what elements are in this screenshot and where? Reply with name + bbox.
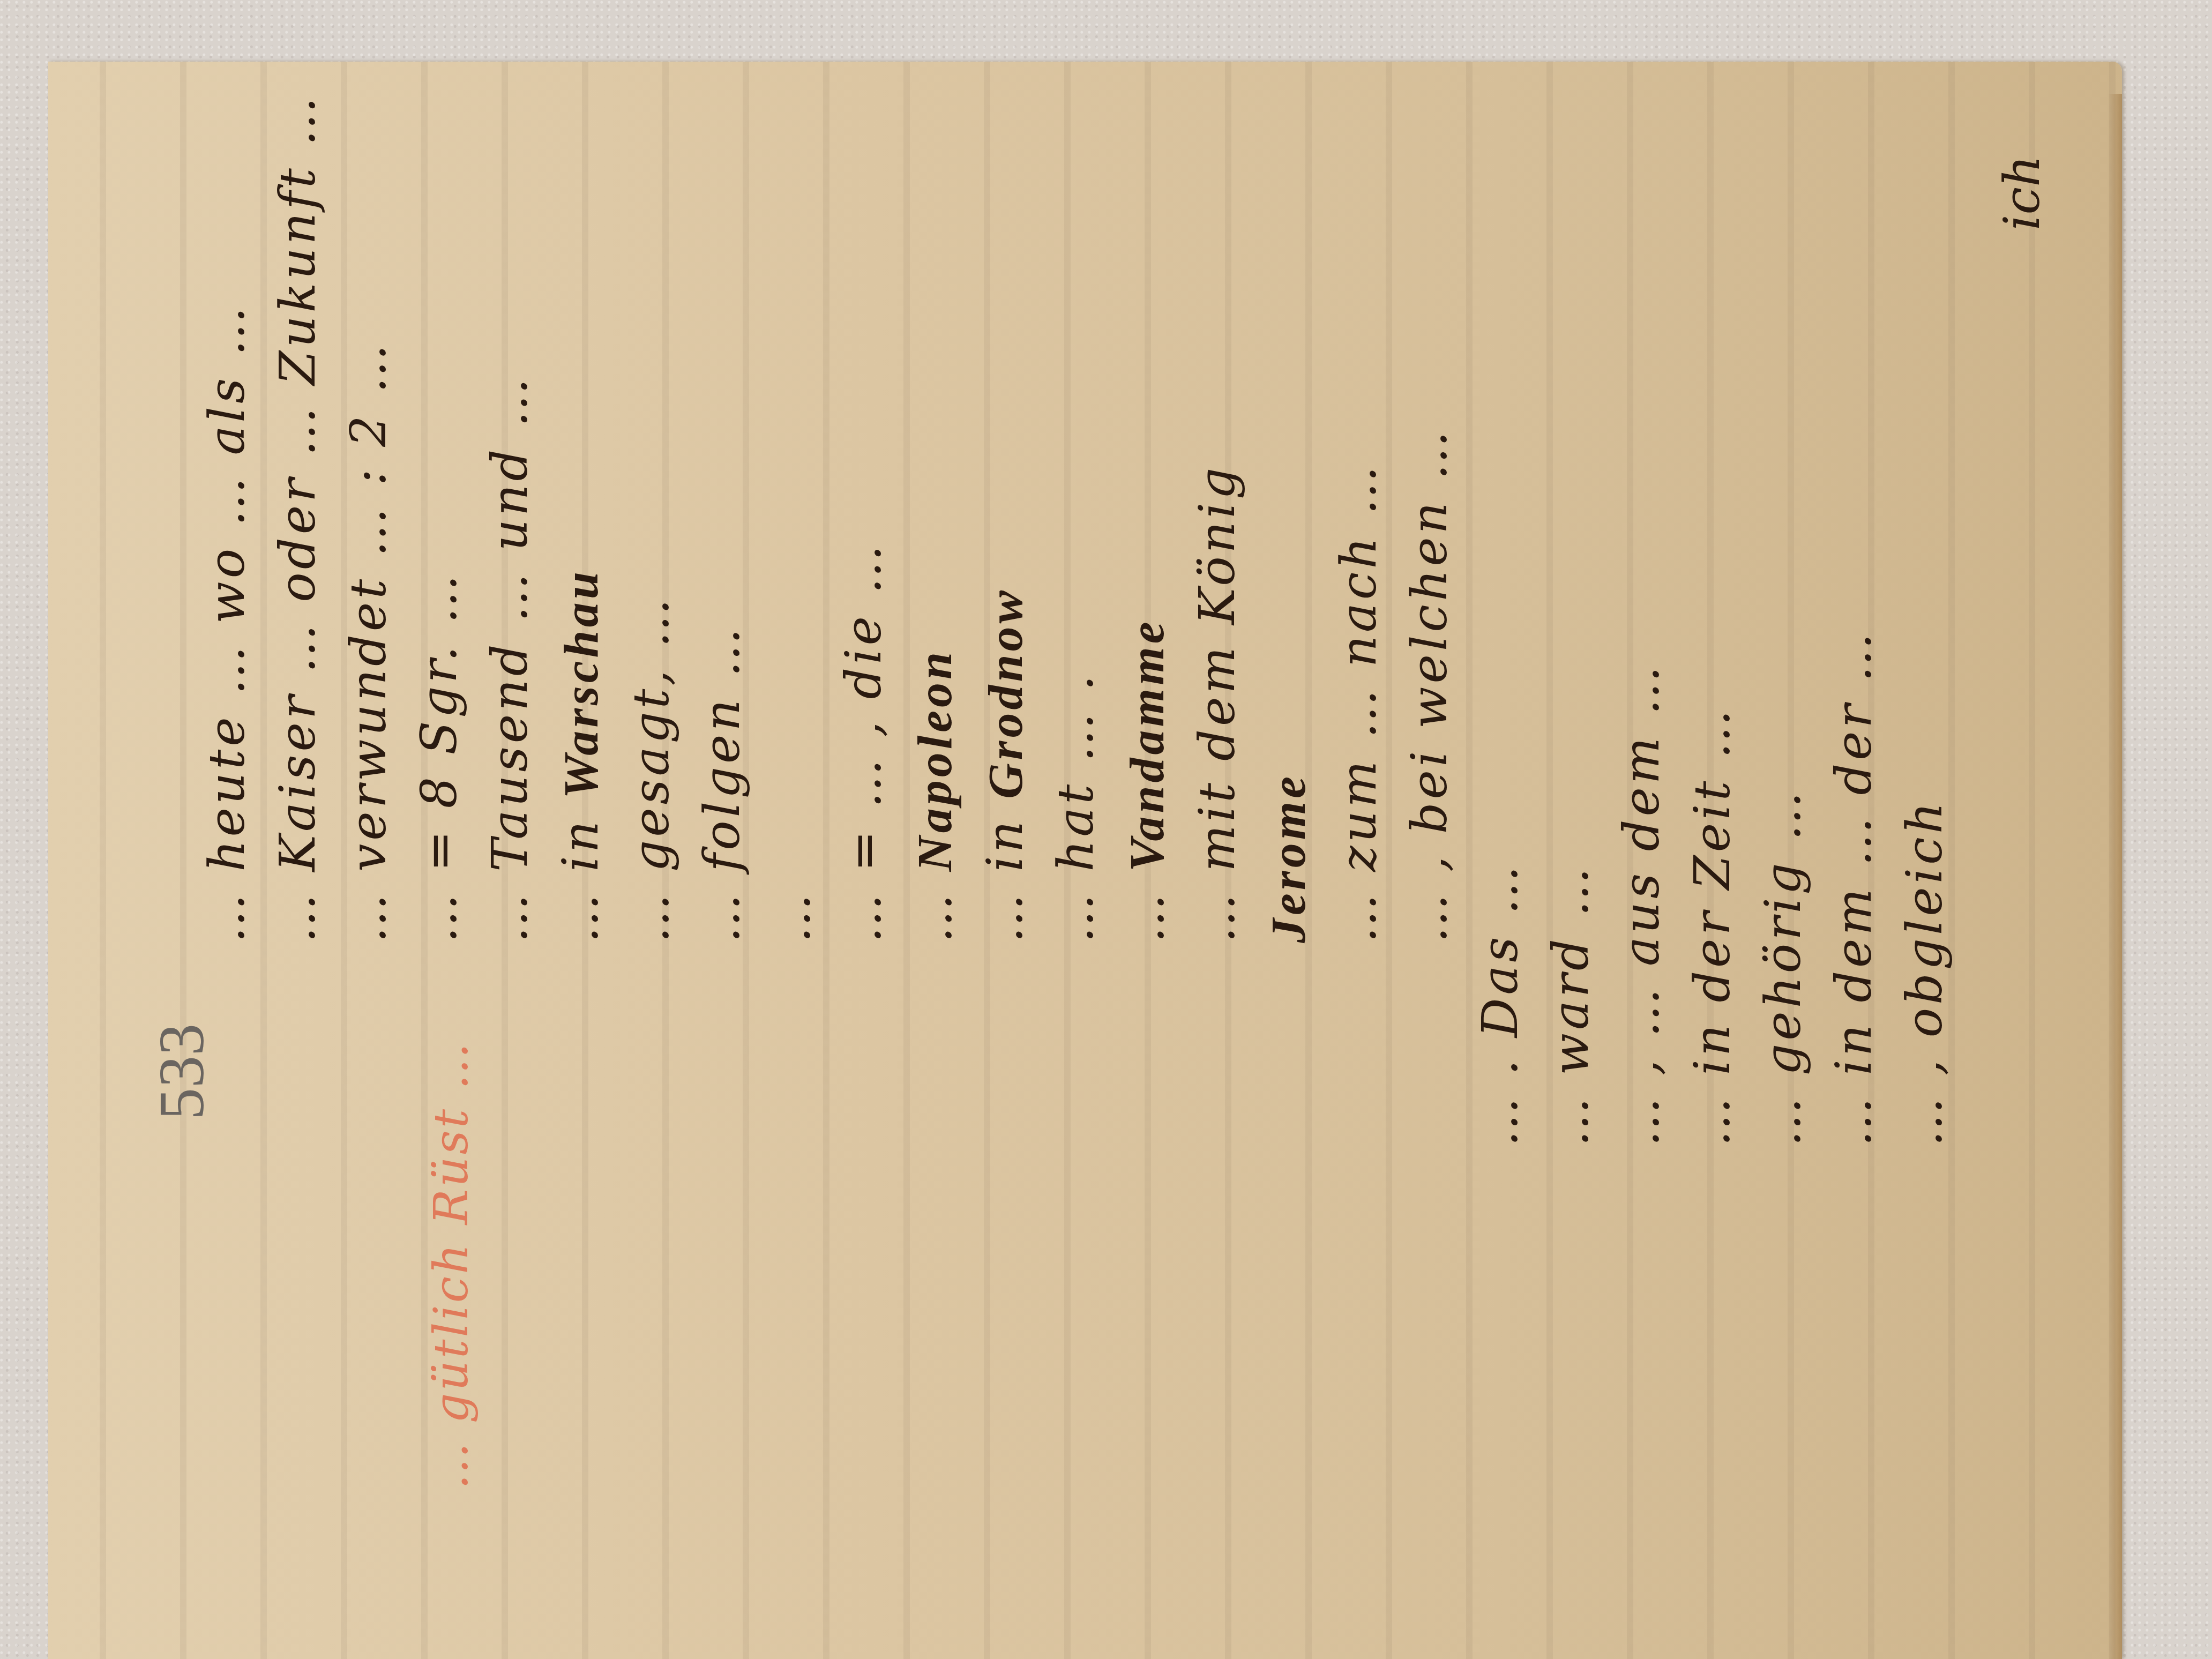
- line-text: … in: [552, 799, 609, 943]
- manuscript-line: … = 8 Sgr. …: [410, 571, 468, 943]
- folio-number: 533: [145, 1023, 219, 1120]
- manuscript-line: … in Warschau: [552, 569, 609, 943]
- line-text: … gehörig …: [1754, 788, 1812, 1147]
- line-text: … in: [976, 799, 1034, 943]
- manuscript-line: … in dem … der …: [1825, 630, 1882, 1147]
- line-text: …: [906, 872, 963, 943]
- line-text: … in dem … der …: [1825, 630, 1882, 1147]
- line-text: … , obgleich: [1896, 799, 1953, 1147]
- line-text: …: [1118, 872, 1175, 943]
- line-text: … . Das …: [1471, 862, 1529, 1147]
- line-text: … = 8 Sgr. …: [410, 571, 468, 943]
- manuscript-line: … ward …: [1542, 864, 1600, 1147]
- manuscript-line: …: [764, 891, 821, 943]
- line-text: … Kaiser … oder … Zukunft …: [269, 94, 326, 943]
- manuscript-line: … verwundet … : 2 …: [340, 341, 397, 943]
- manuscript-line: … in der Zeit …: [1684, 706, 1741, 1147]
- manuscript-line: … . Das …: [1471, 862, 1529, 1147]
- manuscript-line: … Tausend … und …: [481, 375, 539, 944]
- manuscript-line: … = … , die …: [835, 542, 892, 943]
- closing-mark: ich: [1993, 155, 2051, 230]
- manuscript-line: Jerome: [1259, 773, 1317, 943]
- line-text: … , … aus dem …: [1613, 663, 1670, 1147]
- line-text: … in der Zeit …: [1684, 706, 1741, 1147]
- manuscript-line: … folgen …: [693, 625, 751, 943]
- manuscript-line: … gehörig …: [1754, 788, 1812, 1147]
- manuscript-line: … heute … wo … als …: [198, 304, 256, 943]
- line-text: … mit dem König: [1189, 465, 1246, 943]
- line-text: … hat … .: [1047, 672, 1104, 943]
- line-text: … = … , die …: [835, 542, 892, 943]
- latin-script-word: Jerome: [1261, 773, 1316, 943]
- latin-script-word: Warschau: [554, 569, 608, 799]
- line-text: … zum … nach …: [1330, 462, 1387, 943]
- line-text: … gesagt, …: [623, 595, 680, 943]
- manuscript-line: … hat … .: [1047, 672, 1104, 943]
- line-text: … Tausend … und …: [481, 375, 539, 944]
- line-text: …: [764, 891, 821, 943]
- manuscript-line: … mit dem König: [1189, 465, 1246, 943]
- manuscript-line: … in Grodnow: [976, 587, 1034, 943]
- red-pencil-annotation: … gütlich Rüst …: [423, 1041, 479, 1490]
- manuscript-line: … gesagt, …: [623, 595, 680, 943]
- manuscript-line: … , obgleich: [1896, 799, 1953, 1147]
- manuscript-line: … Kaiser … oder … Zukunft …: [269, 94, 326, 943]
- line-text: … heute … wo … als …: [198, 304, 256, 943]
- manuscript-line: … Napoleon: [906, 649, 963, 943]
- line-text: … , bei welchen …: [1401, 428, 1458, 943]
- line-text: … folgen …: [693, 625, 751, 943]
- manuscript-line: … Vandamme: [1118, 618, 1175, 943]
- manuscript-line: … zum … nach …: [1330, 462, 1387, 943]
- line-text: … verwundet … : 2 …: [340, 341, 397, 943]
- line-text: … ward …: [1542, 864, 1600, 1147]
- paper-edge: [2108, 94, 2122, 1659]
- manuscript-line: … , … aus dem …: [1613, 663, 1670, 1147]
- latin-script-word: Napoleon: [907, 649, 962, 872]
- latin-script-word: Vandamme: [1119, 618, 1174, 871]
- manuscript-line: … , bei welchen …: [1401, 428, 1458, 943]
- latin-script-word: Grodnow: [978, 587, 1033, 799]
